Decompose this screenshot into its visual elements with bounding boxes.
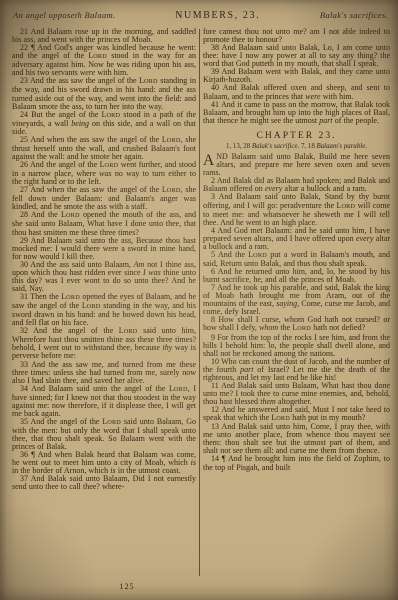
verse: 7 And he took up his parable, and said, … — [203, 284, 390, 316]
book-chapter-title: NUMBERS, 23. — [175, 10, 260, 21]
verse: 25 And when the ass saw the angel of the… — [12, 136, 196, 161]
chapter-summary: 1, 13, 28 Balak's sacrifice. 7, 18 Balaa… — [213, 143, 380, 150]
text-columns: 21 And Balaam rose up in the morning, an… — [12, 28, 390, 576]
verse: 23 And the ass saw the angel of the LORD… — [12, 77, 196, 110]
running-head-right: Balak's sacrifices. — [320, 10, 388, 20]
verse: 36 ¶ And when Balak heard that Balaam wa… — [12, 451, 196, 475]
bible-page-scan: An angel opposeth Balaam. NUMBERS, 23. B… — [0, 0, 398, 600]
verse: 12 And he answered and said, Must I not … — [203, 406, 390, 423]
page-number: 125 — [103, 582, 151, 591]
verse: 26 And the angel of the LORD went furthe… — [12, 161, 196, 186]
verse: 41 And it came to pass on the morrow, th… — [203, 101, 390, 125]
verse: 2 And Balak did as Balaam had spoken; an… — [203, 177, 390, 193]
verse: 13 And Balak said unto him, Come, I pray… — [203, 423, 390, 455]
verse: 8 How shall I curse, whom God hath not c… — [203, 316, 390, 333]
right-column: fore camest thou not unto me? am I not a… — [203, 28, 390, 576]
drop-cap-letter: A — [203, 153, 216, 168]
verse: 33 And the ass saw me, and turned from m… — [12, 361, 196, 385]
verse: 5 And the LORD put a word in Balaam's mo… — [203, 251, 390, 268]
verse: 35 And the angel of the LORD said unto B… — [12, 418, 196, 451]
verse: 11 And Balak said unto Balaam, What hast… — [203, 382, 390, 406]
verse: 29 And Balaam said unto the ass, Because… — [12, 237, 196, 261]
verse: 34 And Balaam said unto the angel of the… — [12, 385, 196, 418]
verse: 24 But the angel of the LORD stood in a … — [12, 111, 196, 136]
verse: 28 And the LORD opened the mouth of the … — [12, 211, 196, 236]
verse: 32 And the angel of the LORD said unto h… — [12, 327, 196, 360]
running-head-left: An angel opposeth Balaam. — [13, 10, 116, 20]
verse: 21 And Balaam rose up in the morning, an… — [12, 28, 196, 44]
verse: 40 And Balak offered oxen and sheep, and… — [203, 84, 390, 100]
verse: 30 And the ass said unto Balaam, Am not … — [12, 261, 196, 293]
left-column: 21 And Balaam rose up in the morning, an… — [12, 28, 196, 576]
verse: 39 And Balaam went with Balak, and they … — [203, 68, 390, 84]
verse: 4 And God met Balaam: and he said unto h… — [203, 227, 390, 251]
column-divider-rule — [199, 29, 200, 576]
verse: 27 And when the ass saw the angel of the… — [12, 186, 196, 211]
verse: 31 Then the LORD opened the eyes of Bala… — [12, 293, 196, 327]
verse: 37 And Balak said unto Balaam, Did I not… — [12, 475, 196, 491]
verse: 6 And he returned unto him, and, lo, he … — [203, 268, 390, 284]
verse: 9 For from the top of the rocks I see hi… — [203, 334, 390, 358]
chapter-heading: CHAPTER 23. — [203, 130, 390, 141]
verse: fore camest thou not unto me? am I not a… — [203, 28, 390, 44]
running-header: An angel opposeth Balaam. NUMBERS, 23. B… — [13, 10, 388, 21]
verse: 22 ¶ And God's anger was kindled because… — [12, 44, 196, 77]
verse: 14 ¶ And he brought him into the field o… — [203, 455, 390, 471]
verse: 3 And Balaam said unto Balak, Stand by t… — [203, 193, 390, 226]
verse: 10 Who can count the dust of Jacob, and … — [203, 358, 390, 382]
verse: 38 And Balaam said unto Balak, Lo, I am … — [203, 44, 390, 68]
verse: AND Balaam said unto Balak, Build me her… — [203, 153, 390, 177]
